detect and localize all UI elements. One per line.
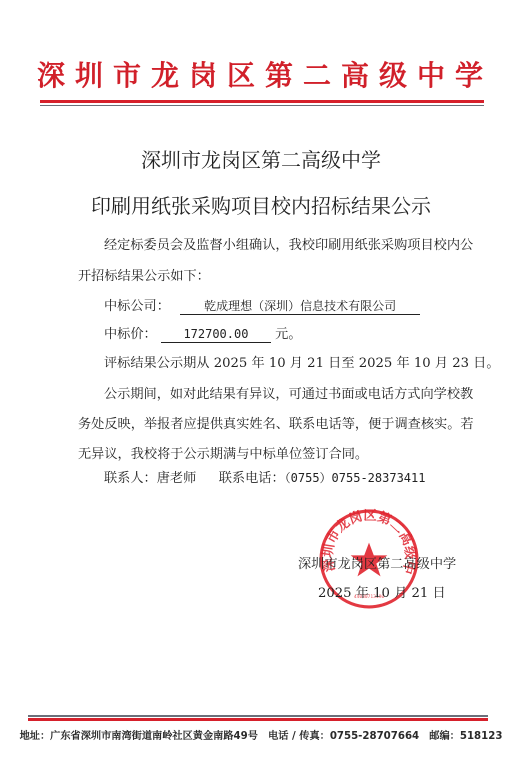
footer-gray-rule xyxy=(28,715,488,717)
contact-person-label: 联系人： xyxy=(104,471,157,486)
intro-paragraph-line2: 开招标结果公示如下： xyxy=(78,268,210,286)
price-row: 中标价： 172700.00 元。 xyxy=(104,326,302,344)
letterhead-school-name: 深圳市龙岗区第二高级中学 xyxy=(0,58,522,94)
document-title-school: 深圳市龙岗区第二高级中学 xyxy=(0,147,522,173)
contact-phone: （0755）0755-28373411 xyxy=(285,471,426,485)
winner-label: 中标公司： xyxy=(104,299,170,314)
document-title-subject: 印刷用纸张采购项目校内招标结果公示 xyxy=(0,193,522,219)
objection-paragraph-line2: 务处反映，举报者应提供真实姓名、联系电话等，便于调查核实。若 xyxy=(78,416,474,434)
contact-person: 唐老师 xyxy=(157,471,197,486)
price-value: 172700.00 xyxy=(161,326,271,343)
publicity-period: 评标结果公示期从 2025 年 10 月 21 日至 2025 年 10 月 2… xyxy=(104,355,500,373)
objection-paragraph-line1: 公示期间，如对此结果有异议，可通过书面或电话方式向学校教 xyxy=(104,386,473,404)
header-red-rule xyxy=(40,100,484,103)
signature-date: 2025 年 10 月 21 日 xyxy=(318,582,446,601)
objection-paragraph-line3: 无异议，我校将于公示期满与中标单位签订合同。 xyxy=(78,446,368,464)
header-gray-rule xyxy=(40,105,484,106)
contact-row: 联系人：唐老师 联系电话：（0755）0755-28373411 xyxy=(104,469,425,488)
winner-company-value: 乾成理想（深圳）信息技术有限公司 xyxy=(180,298,420,315)
price-unit: 元。 xyxy=(275,327,301,342)
signature-organization: 深圳市龙岗区第二高级中学 xyxy=(298,553,456,572)
contact-phone-label: 联系电话： xyxy=(219,471,285,486)
footer-red-rule xyxy=(28,718,488,721)
footer-address: 地址：广东省深圳市南湾街道南岭社区黄金南路49号 电话 / 传真：0755-28… xyxy=(0,727,522,742)
price-label: 中标价： xyxy=(104,327,157,342)
intro-paragraph-line1: 经定标委员会及监督小组确认，我校印刷用纸张采购项目校内公 xyxy=(104,237,473,255)
winner-row: 中标公司： 乾成理想（深圳）信息技术有限公司 xyxy=(104,298,420,316)
